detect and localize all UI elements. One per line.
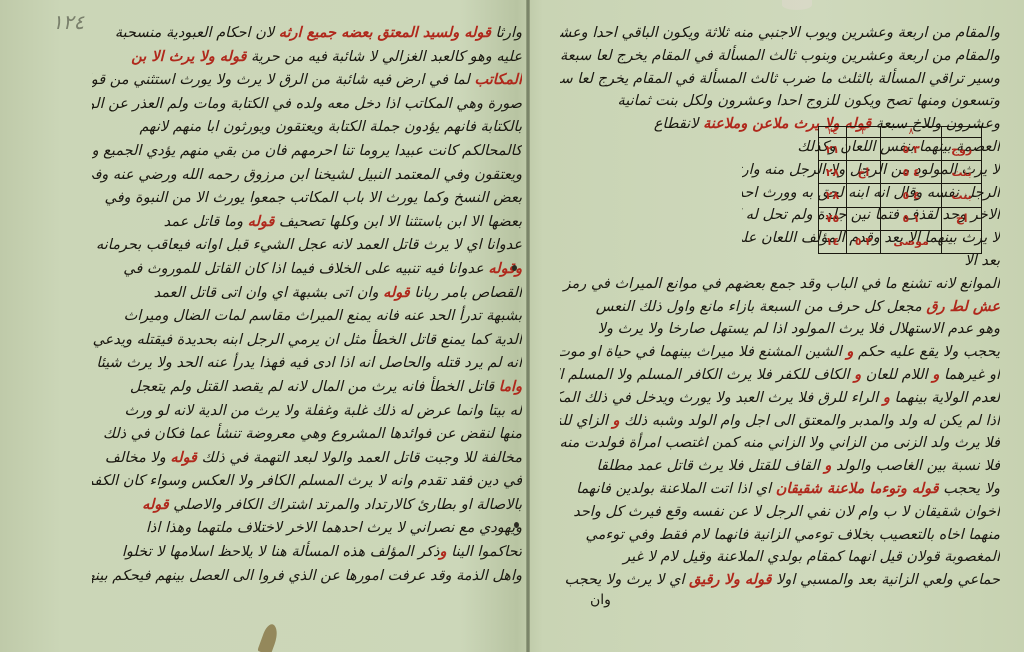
text-line: عدوانا اي لا يرث قاتل العمد لانه عجل الش… [92, 234, 522, 258]
line-text: فلا نسبة بين الغاصب والولد [831, 458, 1000, 474]
line-text: يحجب ولا يقع عليه حكم [853, 344, 1000, 360]
text-line: المكاتب لما في ارض فيه شائبة من الرق لا … [92, 69, 522, 93]
line-text: وارثا [491, 25, 522, 41]
rubric-heading: وقوله [488, 261, 522, 277]
text-line: واهل الذمة وقد عرفت امورها عن الذي فروا … [92, 565, 522, 589]
line-text: في دين فقد تقدم وانه لا يرث المسلم الكاف… [92, 473, 522, 489]
rubric-heading: و [440, 544, 447, 560]
table-cell-result: ١٤ [819, 230, 847, 253]
ink-dot [514, 522, 519, 528]
line-text: عدوانا فيه تنبيه على الخلاف فيما اذا كان… [123, 261, 488, 277]
text-line: كالمحالكم كانت عبيدا يروما تنا احرمهم فا… [92, 140, 522, 164]
rubric-heading: المكاتب [474, 72, 522, 88]
line-text: بعضها الا ابن باستثنا الا ابن وكلها تصحي… [274, 214, 522, 230]
line-text: اذا لم يكن له ولد والمدبر والمعتق الى اج… [620, 413, 1000, 429]
line-text: اي اذا اتت الملاعنة بولدين فانهما [576, 481, 776, 497]
table-row: موصى٣ ٥١٤ [819, 230, 982, 253]
header-cell: ٢٤ [819, 127, 847, 138]
table-cell-heir: بنت [942, 184, 982, 207]
table-row: بنت٤ ٥اخ٢٨ [819, 161, 982, 184]
book-gutter [526, 0, 530, 652]
table-cell-heir: زوج [942, 138, 982, 161]
text-line: بعض النسخ وكما يورث الا باب المكاتب جمعو… [92, 187, 522, 211]
text-line: او غيرهما و اللام للعان و الكاف للكفر فل… [560, 364, 1000, 387]
text-line: الموانع لانه تشنع ما في الباب وقد جمع بع… [560, 273, 1000, 296]
line-text: ويعتقون وفي المعتمد النبيل لشيخنا ابن مر… [92, 167, 522, 183]
line-text: بعض النسخ وكما يورث الا باب المكاتب جمعو… [105, 190, 522, 206]
text-line: بالكتابة فانهم يؤدون جملة الكتابة ويعتقو… [92, 116, 522, 140]
line-text: الزاي للزنى [560, 413, 613, 429]
text-line: عش لط رق مجعل كل حرف من السبعة بازاء مان… [560, 296, 1000, 319]
rubric-heading: قوله [248, 214, 275, 230]
line-text: حماعي ولعي الزانية بعد والمسبي اولا [772, 572, 1001, 588]
line-text: منها لنقض عن فوائدها المشروع وهي معروضة … [103, 426, 522, 442]
folio-number: ١٢٤ [52, 10, 84, 34]
line-text: بالكتابة فانهم يؤدون جملة الكتابة ويعتقو… [140, 119, 522, 135]
inheritance-table: ٨ ٣ ٢٤ زوج٣ ٥٢١بنت٤ ٥اخ٢٨بنت٤ ٥٢٨اخ١ ٥٧٥… [818, 126, 982, 254]
table-cell-mid [847, 207, 881, 230]
table-cell-result: ٢١ [819, 138, 847, 161]
table-cell-share: ٤ ٥ [880, 161, 941, 184]
header-cell: ٣ [847, 127, 881, 138]
rubric-heading: قوله ولا يرث الا بن [131, 49, 246, 65]
line-text: لعدم الولاية بينهما [890, 390, 1000, 406]
line-text: وسير تراقي المسألة بالثلث ما ضرب ثالث ال… [560, 71, 1000, 87]
text-line: والمقام من اربعة وعشرين وبنوب ثالث المسأ… [560, 45, 1000, 68]
line-text: لان احكام العبودية منسحبة [115, 25, 279, 41]
text-line: يحجب ولا يقع عليه حكم و الشين المشنع فلا… [560, 341, 1000, 364]
line-text: وهو عدم الاستهلال فلا يرث المولود اذا لم… [598, 321, 1000, 337]
table-cell-result: ٧٥ [819, 207, 847, 230]
text-line: الدية كما يمنع قاتل الخطأ مثل ان يرمي ال… [92, 329, 522, 353]
line-text: كالمحالكم كانت عبيدا يروما تنا احرمهم فا… [92, 143, 522, 159]
text-line: منها لنقض عن فوائدها المشروع وهي معروضة … [92, 423, 522, 447]
text-line: انه لم يرد قتله والحاصل انه اذا ادى فيه … [92, 352, 522, 376]
text-line: ويعتقون وفي المعتمد النبيل لشيخنا ابن مر… [92, 164, 522, 188]
table-header-row: ٨ ٣ ٢٤ [819, 127, 982, 138]
text-line: له بيتا وانما عرض له ذلك غلبة وغفلة ولا … [92, 400, 522, 424]
line-text: فلا يرث ولد الزنى من الزاني ولا الزاني م… [560, 435, 1000, 451]
rubric-heading: قوله [170, 450, 197, 466]
text-line: عليه وهو كالعبد الغزالي لا شائبة فيه من … [92, 46, 522, 70]
rubric-heading: قوله [383, 285, 410, 301]
table-cell-result: ٢٨ [819, 161, 847, 184]
line-text: المغصوبة قولان قيل انهما كمقام بولدي الم… [623, 549, 1000, 565]
line-text: الدية كما يمنع قاتل الخطأ مثل ان يرمي ال… [93, 332, 522, 348]
line-text: لما في ارض فيه شائبة من الرق لا يرث ولا … [92, 72, 474, 88]
text-line: وقوله عدوانا فيه تنبيه على الخلاف فيما ا… [92, 258, 522, 282]
line-text: ولا مخالف [105, 450, 170, 466]
table-cell-share: ٤ ٥ [880, 184, 941, 207]
text-line: ويهودي مع نصراني لا يرث احدهما الاخر لاخ… [92, 517, 522, 541]
text-line: واما قاتل الخطأ فانه يرث من المال لانه ل… [92, 376, 522, 400]
text-line: منهما اخاه بالتعصيب بخلاف توءمي الزانية … [560, 524, 1000, 547]
line-text: بالاصالة او بطارئ كالارتداد والمرتد اشتر… [169, 497, 522, 513]
text-line: وارثا قوله ولسيد المعتق بعضه جميع ارثه ل… [92, 22, 522, 46]
line-text: صورة وهي المكاتب اذا دخل معه ولده في الك… [92, 96, 522, 112]
page-stain [257, 623, 280, 652]
line-text: القاف للقتل فلا يرث قاتل عمد مطلقا [597, 458, 825, 474]
table-row: بنت٤ ٥٢٨ [819, 184, 982, 207]
line-text: الشين المشنع فلا ميراث بينهما في حياة او… [560, 344, 846, 360]
text-line: وسير تراقي المسألة بالثلث ما ضرب ثالث ال… [560, 68, 1000, 91]
rubric-heading: قوله وتوءما ملاعنة شقيقان [776, 481, 939, 497]
text-line: اذا لم يكن له ولد والمدبر والمعتق الى اج… [560, 410, 1000, 433]
line-text: القصاص بامر ربانا [410, 285, 522, 301]
table-row: اخ١ ٥٧٥ [819, 207, 982, 230]
rubric-heading: واما [499, 379, 522, 395]
text-line: فلا نسبة بين الغاصب والولد و القاف للقتل… [560, 455, 1000, 478]
line-text: الراء للرق فلا يرث العبد ولا يورث ويدخل … [560, 390, 883, 406]
line-text: ذكر المؤلف هذه المسألة هنا لا يلاحظ اسلا… [122, 544, 440, 560]
line-text: عليه وهو كالعبد الغزالي لا شائبة فيه من … [246, 49, 522, 65]
header-cell: ٨ [880, 127, 941, 138]
line-text: الكاف للكفر فلا يرث الكافر المسلم ولا ال… [560, 367, 854, 383]
table-cell-heir [942, 230, 982, 253]
text-line: القصاص بامر ربانا قوله وان اتى بشبهة اي … [92, 282, 522, 306]
table-cell-mid [847, 138, 881, 161]
line-text: والمقام من اربعة وعشرين وبنوب ثالث المسأ… [560, 48, 1000, 64]
text-line: والمقام من اربعة وعشرين ويوب الاجنبي منه… [560, 22, 1000, 45]
line-text: منهما اخاه بالتعصيب بخلاف توءمي الزانية … [586, 527, 1000, 543]
rubric-heading: قوله [142, 497, 169, 513]
table-cell-share: ١ ٥ [880, 207, 941, 230]
line-text: واهل الذمة وقد عرفت امورها عن الذي فروا … [92, 568, 522, 584]
text-line: المغصوبة قولان قيل انهما كمقام بولدي الم… [560, 546, 1000, 569]
line-text: اخوان شقيقان لا ب وام لان نفي الرجل لا ع… [573, 504, 1000, 520]
text-line: لعدم الولاية بينهما و الراء للرق فلا يرث… [560, 387, 1000, 410]
heirs-grid: ٨ ٣ ٢٤ زوج٣ ٥٢١بنت٤ ٥اخ٢٨بنت٤ ٥٢٨اخ١ ٥٧٥… [818, 126, 982, 254]
text-line: مخالفة للا وجبت قاتل العمد والولا لبعد ا… [92, 447, 522, 471]
line-text: له بيتا وانما عرض له ذلك غلبة وغفلة ولا … [124, 403, 522, 419]
table-cell-mid: ٣ ٥ [847, 230, 881, 253]
text-line: بعضها الا ابن باستثنا الا ابن وكلها تصحي… [92, 211, 522, 235]
line-text: اي لا يرث ولا يحجب [564, 572, 689, 588]
table-cell-heir: اخ [942, 207, 982, 230]
line-text: عدوانا اي لا يرث قاتل العمد لانه عجل الش… [96, 237, 522, 253]
text-line: بشبهة تدرأ الحد عنه فانه يمنع الميراث مق… [92, 305, 522, 329]
line-text: مجعل كل حرف من السبعة بازاء مانع واول ذل… [596, 299, 927, 315]
line-text: وتسعون ومنها تصح ويكون للزوج احدا وعشرون… [617, 93, 1000, 109]
line-text: اللام للعان [861, 367, 932, 383]
page-tab [782, 0, 812, 10]
table-cell-share: موصى [880, 230, 941, 253]
table-cell-result: ٢٨ [819, 184, 847, 207]
line-text: او غيرهما [939, 367, 1000, 383]
header-empty [942, 127, 982, 138]
text-line: وهو عدم الاستهلال فلا يرث المولود اذا لم… [560, 318, 1000, 341]
line-text: مخالفة للا وجبت قاتل العمد والولا لبعد ا… [197, 450, 522, 466]
line-text: وما قاتل عمد [164, 214, 248, 230]
manuscript-spread: ١٢٤ وارثا قوله ولسيد المعتق بعضه جميع ار… [0, 0, 1024, 652]
right-page: والمقام من اربعة وعشرين ويوب الاجنبي منه… [560, 22, 1000, 592]
table-cell-mid: اخ [847, 161, 881, 184]
line-text: ويهودي مع نصراني لا يرث احدهما الاخر لاخ… [146, 520, 522, 536]
text-line: وتسعون ومنها تصح ويكون للزوج احدا وعشرون… [560, 90, 1000, 113]
line-text: قاتل الخطأ فانه يرث من المال لانه لم يقص… [130, 379, 499, 395]
table-cell-mid [847, 184, 881, 207]
text-line: تحاكموا الينا وذكر المؤلف هذه المسألة هن… [92, 541, 522, 565]
catchword: وان [590, 592, 611, 608]
table-cell-share: ٣ ٥ [880, 138, 941, 161]
rubric-heading: عش لط رق [926, 299, 1000, 315]
line-text: والمقام من اربعة وعشرين ويوب الاجنبي منه… [560, 25, 1000, 41]
rubric-heading: قوله ولسيد المعتق بعضه جميع ارثه [279, 25, 491, 41]
rubric-heading: و [613, 413, 620, 429]
table-cell-heir: بنت [942, 161, 982, 184]
rubric-heading: قوله ولا رقيق [689, 572, 771, 588]
table-row: زوج٣ ٥٢١ [819, 138, 982, 161]
line-text: الموانع لانه تشنع ما في الباب وقد جمع بع… [560, 276, 1000, 292]
left-page: وارثا قوله ولسيد المعتق بعضه جميع ارثه ل… [92, 22, 522, 588]
line-text: وان اتى بشبهة اي وان اتى قاتل العمد [154, 285, 384, 301]
text-line: ولا يحجب قوله وتوءما ملاعنة شقيقان اي اذ… [560, 478, 1000, 501]
line-text: بعد الا [964, 253, 1000, 269]
line-text: لانقطاع [654, 116, 703, 132]
rubric-heading: و [883, 390, 890, 406]
text-line: بالاصالة او بطارئ كالارتداد والمرتد اشتر… [92, 494, 522, 518]
line-text: انه لم يرد قتله والحاصل انه اذا ادى فيه … [96, 355, 522, 371]
text-line: فلا يرث ولد الزنى من الزاني ولا الزاني م… [560, 432, 1000, 455]
text-line: صورة وهي المكاتب اذا دخل معه ولده في الك… [92, 93, 522, 117]
text-line: في دين فقد تقدم وانه لا يرث المسلم الكاف… [92, 470, 522, 494]
line-text: بشبهة تدرأ الحد عنه فانه يمنع الميراث مق… [124, 308, 522, 324]
line-text: ولا يحجب [939, 481, 1000, 497]
text-line: حماعي ولعي الزانية بعد والمسبي اولا قوله… [560, 569, 1000, 592]
line-text: تحاكموا الينا [447, 544, 522, 560]
text-line: اخوان شقيقان لا ب وام لان نفي الرجل لا ع… [560, 501, 1000, 524]
ink-dot [512, 265, 517, 271]
